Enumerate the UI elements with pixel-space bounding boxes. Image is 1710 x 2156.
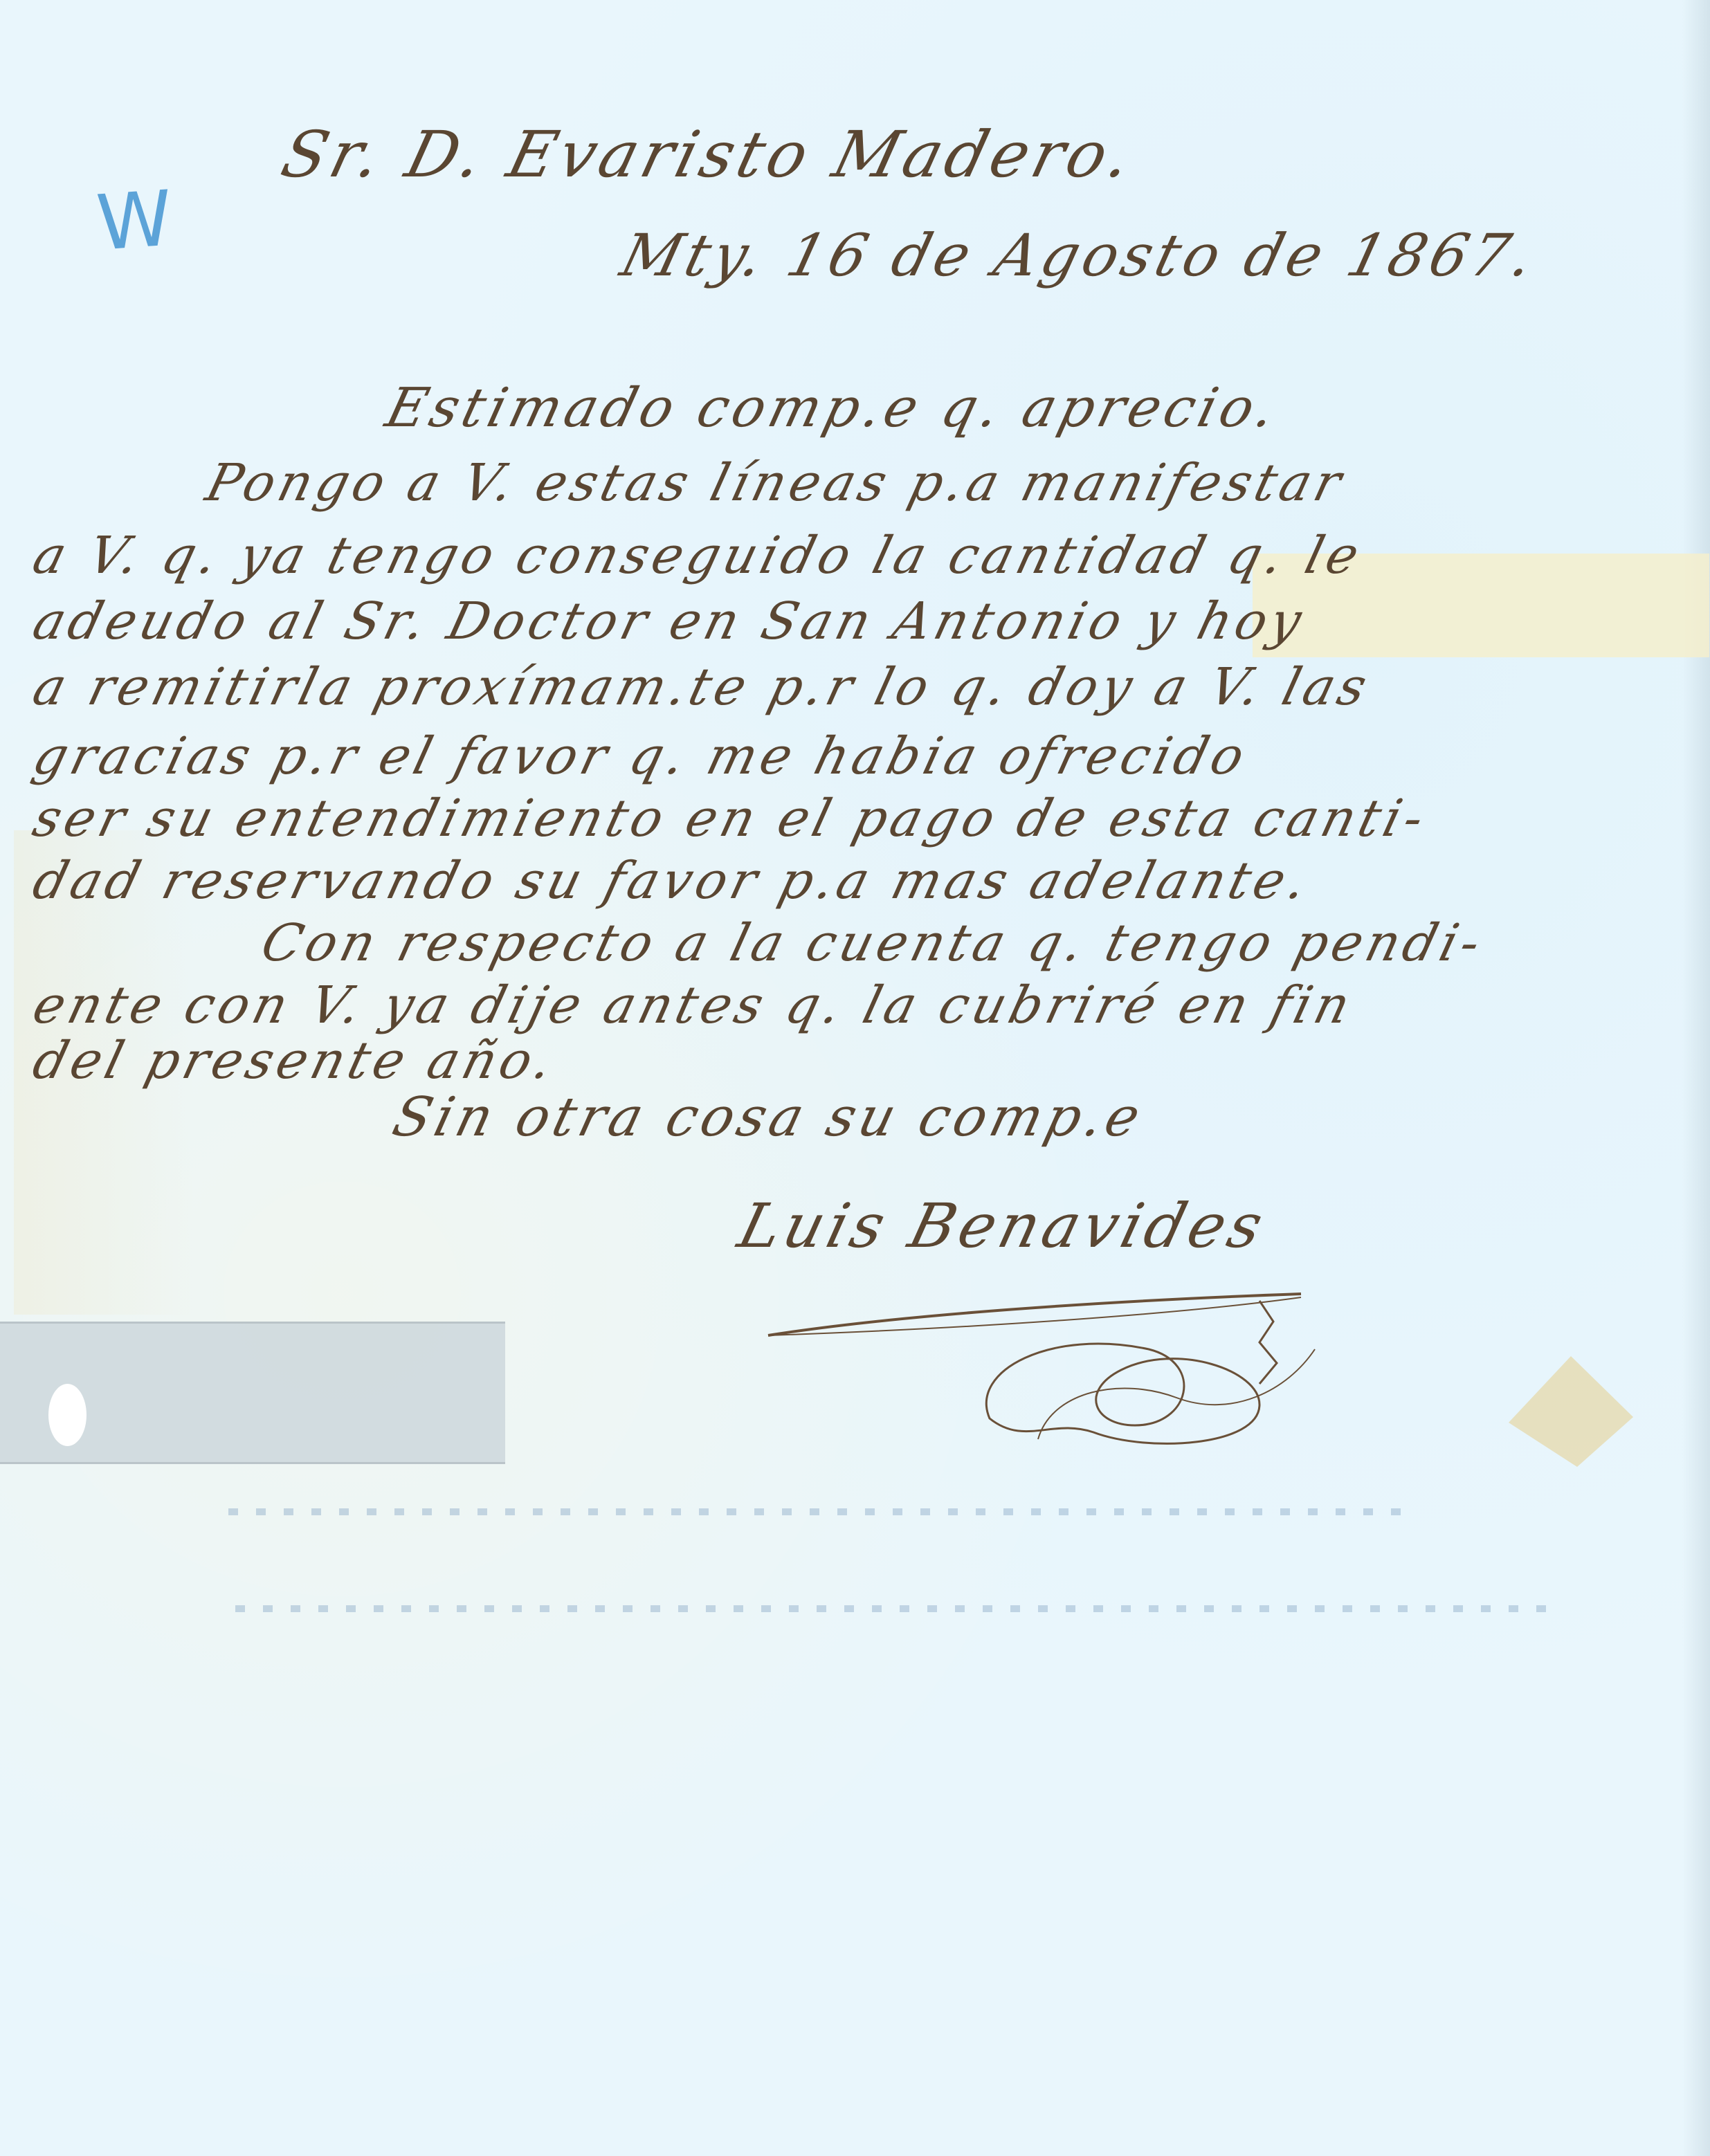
- ink-bleed-through: [235, 1605, 1550, 1612]
- ink-bleed-through: [228, 1508, 1405, 1515]
- greeting: Estimado comp.e q. aprecio.: [380, 377, 1286, 439]
- punch-hole: [48, 1384, 87, 1446]
- letter-line: adeudo al Sr. Doctor en San Antonio y ho…: [27, 592, 1311, 651]
- letter-line: del presente año.: [27, 1031, 562, 1090]
- signature: Luis Benavides: [731, 1190, 1273, 1261]
- place-date-line: Mty. 16 de Agosto de 1867.: [615, 221, 1544, 289]
- letter-line: Pongo a V. estas líneas p.a manifestar: [200, 453, 1351, 513]
- letter-line: ente con V. ya dije antes q. la cubriré …: [27, 976, 1360, 1035]
- letter-line: gracias p.r el favor q. me habia ofrecid…: [27, 727, 1254, 786]
- recipient-line: Sr. D. Evaristo Madero.: [275, 118, 1143, 192]
- letter-line: a V. q. ya tengo conseguido la cantidad …: [27, 526, 1369, 585]
- signature-flourish-icon: [761, 1287, 1356, 1467]
- letter-line: dad reservando su favor p.a mas adelante…: [27, 851, 1316, 911]
- closing-line: Sin otra cosa su comp.e: [387, 1086, 1150, 1149]
- letter-line: Con respecto a la cuenta q. tengo pendi-: [255, 913, 1490, 973]
- letter-line: a remitirla proxímam.te p.r lo q. doy a …: [27, 657, 1376, 717]
- letter-line: ser su entendimiento en el pago de esta …: [27, 789, 1433, 848]
- blue-pencil-annotation: W: [94, 174, 175, 267]
- page-edge-shadow: [1682, 0, 1710, 2156]
